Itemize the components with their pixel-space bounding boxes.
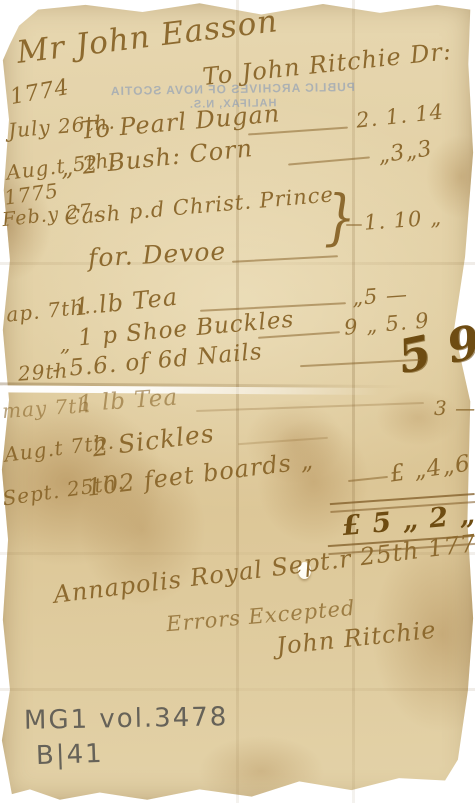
entry-description-cont: for. Devoe [87,238,226,270]
horizontal-fold-crease [0,688,475,691]
leader-line [346,224,362,226]
entry-amount: 1. 10 „ [363,207,442,233]
archival-folder-note: B|41 [35,739,104,771]
grouping-brace: } [324,187,357,247]
entry-amount: 3 — [434,398,475,418]
vertical-fold-crease [352,0,355,803]
scanned-manuscript-page: PUBLIC ARCHIVES OF NOVA SCOTIA HALIFAX, … [0,0,475,803]
entry-amount: „5 — [351,284,408,309]
entry-date: „ [60,334,71,354]
archival-reference-note: MG1 vol.3478 [24,702,229,736]
